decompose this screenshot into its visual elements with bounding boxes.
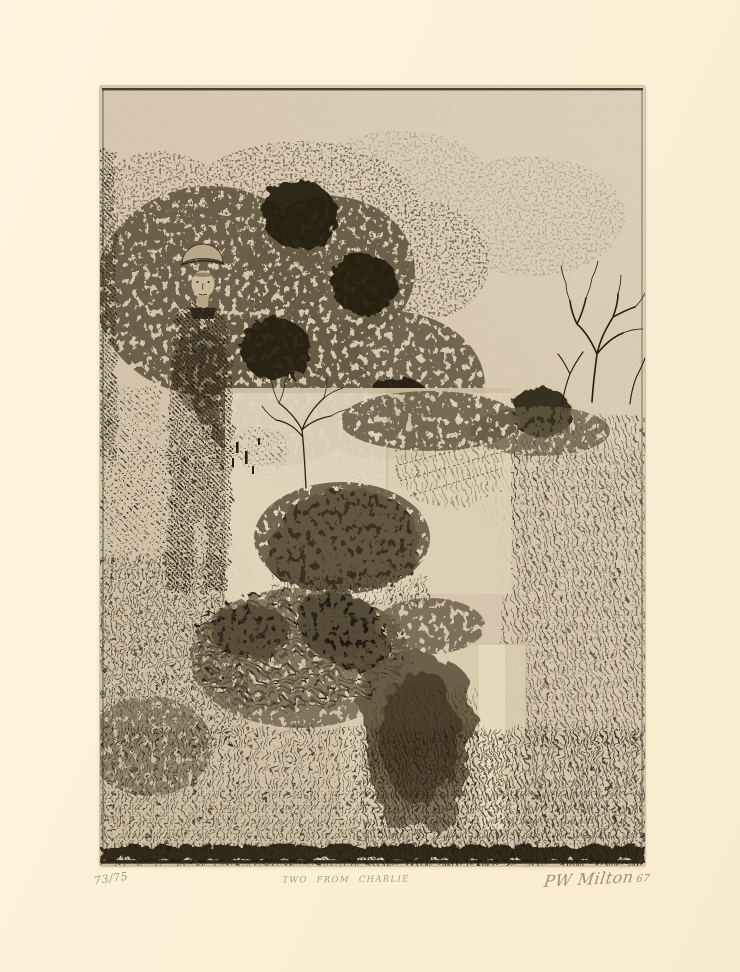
scanned-print-sheet: 73/75 TWO FROM CHARLIE PW Milton67 bbox=[0, 0, 740, 972]
dark-bush-mound bbox=[254, 482, 430, 606]
title-inscription: TWO FROM CHARLIE bbox=[272, 874, 420, 885]
etching-artwork bbox=[100, 86, 645, 866]
signature-name: PW Milton bbox=[543, 867, 636, 891]
boy-collar bbox=[190, 308, 216, 319]
etching-plate-impression bbox=[100, 86, 645, 866]
signature-year: 67 bbox=[635, 873, 650, 885]
boy-neck bbox=[197, 296, 209, 307]
grass-field-bottom bbox=[100, 728, 645, 866]
foliage-clump bbox=[240, 317, 310, 380]
boy-shadow-column bbox=[160, 416, 224, 596]
edition-number: 73/75 bbox=[93, 870, 129, 888]
panel-shrub bbox=[232, 426, 288, 470]
artist-signature: PW Milton67 bbox=[543, 866, 652, 891]
